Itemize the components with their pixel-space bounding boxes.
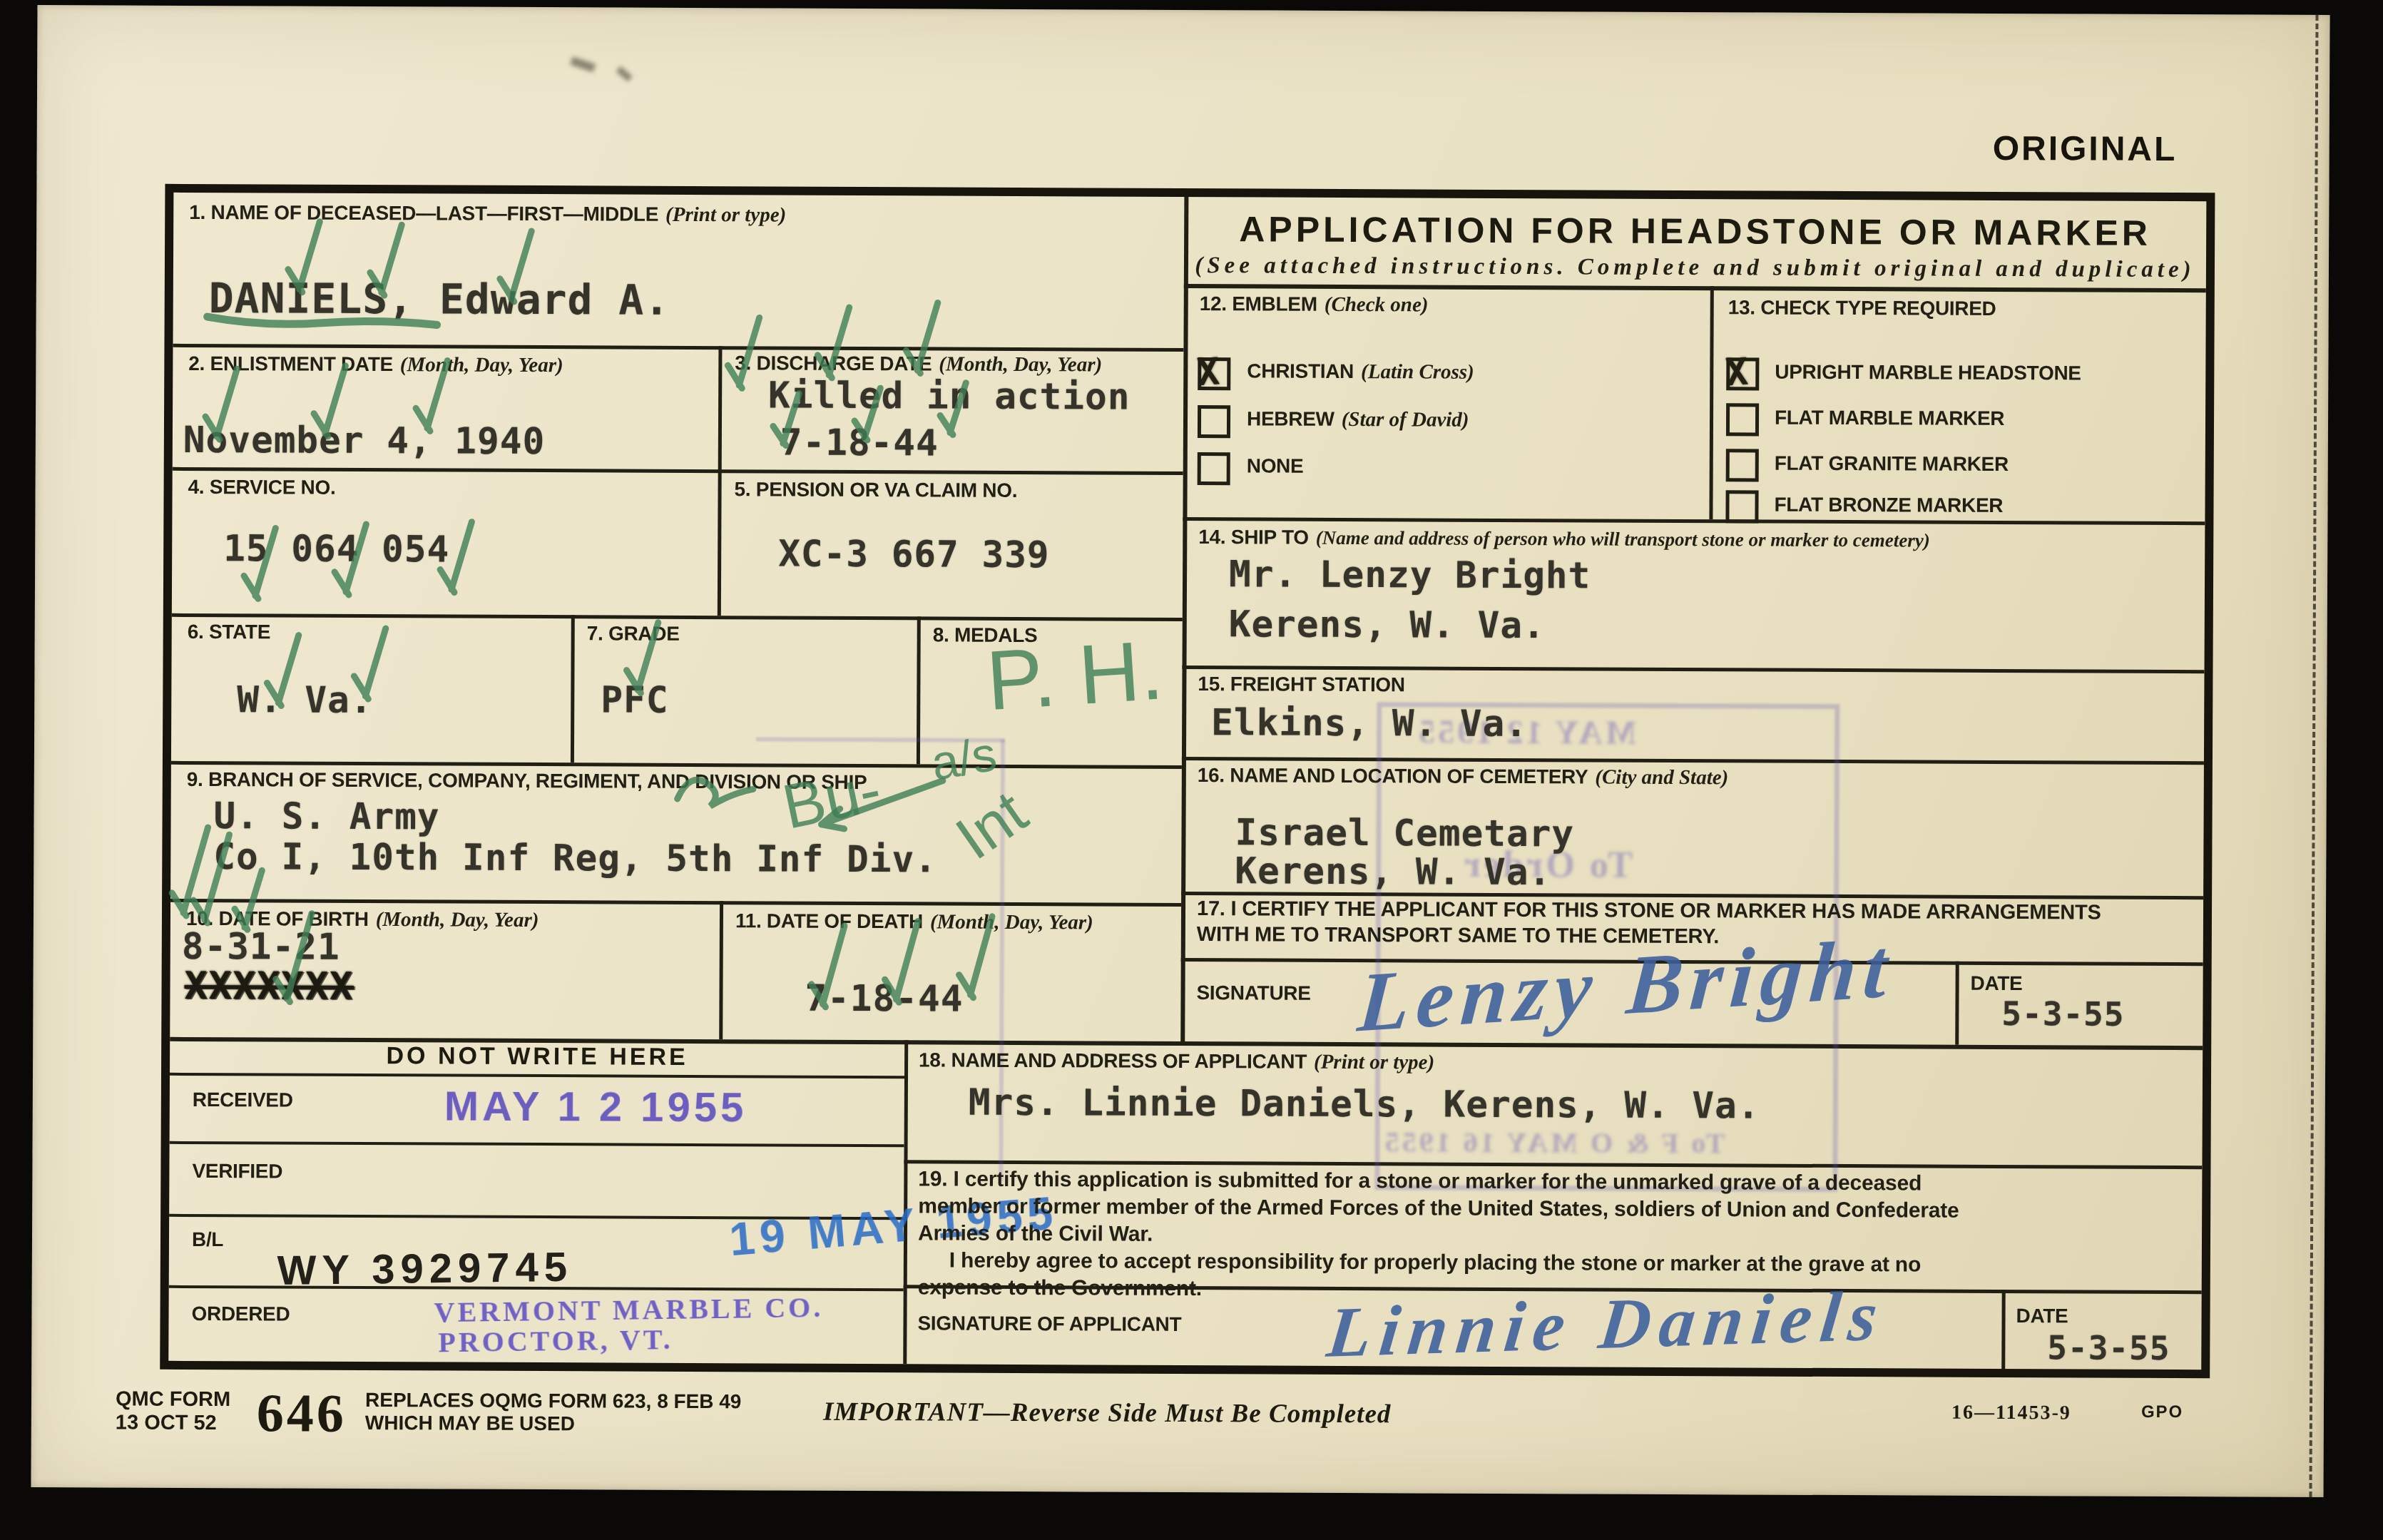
crossed-out-text: XXXXXXX bbox=[184, 964, 354, 1009]
grade-value: PFC bbox=[601, 678, 668, 723]
scanned-document-background: ORIGINAL MAY 12 1955 To Or bbox=[0, 0, 2383, 1540]
bl-number-value: WY 3929745 bbox=[277, 1243, 573, 1295]
checkbox-flat-bronze-label: FLAT BRONZE MARKER bbox=[1774, 494, 2003, 517]
field-1-label: 1. NAME OF DECEASED—LAST—FIRST—MIDDLE(Pr… bbox=[189, 201, 786, 228]
divider-line bbox=[718, 346, 723, 616]
pencil-smudge bbox=[616, 66, 633, 82]
pencil-smudge bbox=[570, 56, 596, 72]
divider-line bbox=[170, 899, 1181, 907]
divider-line bbox=[170, 1141, 904, 1147]
received-date-stamp: MAY 1 2 1955 bbox=[444, 1083, 747, 1132]
checkbox-none-label: NONE bbox=[1247, 454, 1304, 477]
field-9-label: 9. BRANCH OF SERVICE, COMPANY, REGIMENT,… bbox=[187, 768, 867, 794]
discharge-date-value2: 7-18-44 bbox=[780, 421, 939, 467]
field-2-label: 2. ENLISTMENT DATE(Month, Day, Year) bbox=[188, 352, 563, 377]
gpo-mark: GPO bbox=[2141, 1402, 2183, 1422]
applicant-signature: Linnie Daniels bbox=[1323, 1274, 1889, 1373]
field-5-label: 5. PENSION OR VA CLAIM NO. bbox=[735, 478, 1018, 502]
service-no-value: 15 064 054 bbox=[223, 526, 449, 573]
transporter-date-value: 5-3-55 bbox=[2001, 994, 2124, 1035]
form-paper: ORIGINAL MAY 12 1955 To Or bbox=[31, 5, 2330, 1497]
form-id: QMC FORM 13 OCT 52 bbox=[116, 1387, 230, 1435]
checkbox-christian-mark: X bbox=[1195, 350, 1220, 394]
divider-line bbox=[1183, 517, 2205, 525]
field-12-label: 12. EMBLEM(Check one) bbox=[1200, 292, 1429, 317]
checkbox-flat-marble-label: FLAT MARBLE MARKER bbox=[1775, 407, 2004, 430]
divider-line bbox=[1955, 962, 1959, 1045]
claim-no-value: XC-3 667 339 bbox=[778, 532, 1050, 578]
bleedthrough-text: To F & O MAY 16 1955 bbox=[1382, 1125, 1725, 1160]
checkbox-none bbox=[1198, 452, 1230, 485]
field-4-label: 4. SERVICE NO. bbox=[188, 476, 336, 499]
vendor-stamp-line2: PROCTOR, VT. bbox=[438, 1322, 673, 1359]
signature-label: SIGNATURE bbox=[1196, 981, 1310, 1005]
divider-line bbox=[1180, 197, 1188, 1041]
checkbox-flat-bronze bbox=[1725, 490, 1758, 523]
divider-line bbox=[172, 613, 1183, 621]
field-11-label: 11. DATE OF DEATH(Month, Day, Year) bbox=[735, 909, 1093, 934]
checkbox-christian-label: CHRISTIAN(Latin Cross) bbox=[1247, 359, 1474, 384]
office-box-title: DO NOT WRITE HERE bbox=[170, 1041, 904, 1072]
divider-line bbox=[173, 344, 1183, 352]
copy-type-label: ORIGINAL bbox=[1993, 129, 2178, 169]
discharge-date-value: Killed in action bbox=[768, 373, 1131, 420]
field-15-label: 15. FREIGHT STATION bbox=[1198, 673, 1405, 696]
form-number: 646 bbox=[257, 1382, 347, 1445]
important-note: IMPORTANT—Reverse Side Must Be Completed bbox=[823, 1397, 1392, 1429]
replaces-note: REPLACES OQMG FORM 623, 8 FEB 49 WHICH M… bbox=[365, 1389, 742, 1436]
checkbox-flat-granite bbox=[1726, 449, 1759, 481]
checkbox-hebrew bbox=[1198, 405, 1230, 438]
form-title: APPLICATION FOR HEADSTONE OR MARKER bbox=[1184, 208, 2206, 254]
divider-line bbox=[719, 901, 723, 1039]
checkbox-hebrew-label: HEBREW(Star of David) bbox=[1247, 407, 1469, 432]
divider-line bbox=[171, 761, 1182, 769]
checkbox-flat-marble bbox=[1726, 403, 1759, 436]
ship-to-value1: Mr. Lenzy Bright bbox=[1229, 552, 1591, 599]
field-14-label: 14. SHIP TO(Name and address of person w… bbox=[1198, 526, 1930, 551]
field-6-label: 6. STATE bbox=[188, 621, 270, 644]
field-7-label: 7. GRADE bbox=[587, 622, 680, 646]
divider-line bbox=[1709, 286, 1713, 519]
divider-line bbox=[571, 615, 575, 763]
verified-label: VERIFIED bbox=[192, 1160, 282, 1183]
application-form: MAY 12 1955 To Order To F & O MAY 16 195… bbox=[160, 184, 2215, 1379]
enlistment-date-value: November 4, 1940 bbox=[183, 418, 546, 465]
divider-line bbox=[1183, 666, 2205, 673]
divider-line bbox=[170, 1073, 904, 1078]
branch-value2: Co I, 10th Inf Reg, 5th Inf Div. bbox=[213, 835, 937, 883]
birth-date-value: 8-31-21 bbox=[182, 924, 340, 971]
field-17-text-line1: 17. I CERTIFY THE APPLICANT FOR THIS STO… bbox=[1197, 897, 2101, 925]
received-label: RECEIVED bbox=[193, 1088, 293, 1112]
perforation-dashed-line bbox=[2309, 15, 2318, 1497]
divider-line bbox=[1184, 284, 2206, 292]
medals-annotation: P. H. bbox=[984, 621, 1165, 730]
branch-value1: U. S. Army bbox=[213, 794, 439, 840]
field-18-label: 18. NAME AND ADDRESS OF APPLICANT(Print … bbox=[919, 1049, 1434, 1074]
checkbox-upright-marble-mark: X bbox=[1724, 350, 1749, 394]
freight-station-value: Elkins, W. Va. bbox=[1211, 700, 1528, 748]
bl-label: B/L bbox=[192, 1228, 223, 1251]
checkbox-upright-marble-label: UPRIGHT MARBLE HEADSTONE bbox=[1775, 361, 2081, 385]
checkbox-flat-granite-label: FLAT GRANITE MARKER bbox=[1775, 452, 2009, 476]
form-subtitle: (See attached instructions. Complete and… bbox=[1184, 253, 2206, 283]
divider-line bbox=[173, 467, 1183, 475]
deceased-name-value: DANIELS, Edward A. bbox=[209, 272, 670, 326]
applicant-name-value: Mrs. Linnie Daniels, Kerens, W. Va. bbox=[969, 1081, 1760, 1130]
field-13-label: 13. CHECK TYPE REQUIRED bbox=[1728, 296, 1996, 320]
state-value: W. Va. bbox=[237, 678, 373, 724]
applicant-date-label: DATE bbox=[2016, 1305, 2068, 1327]
green-note-als: a/s bbox=[927, 726, 1001, 792]
print-code: 16—11453-9 bbox=[1951, 1402, 2071, 1425]
ship-to-value2: Kerens, W. Va. bbox=[1229, 602, 1546, 649]
applicant-signature-label: SIGNATURE OF APPLICANT bbox=[917, 1312, 1181, 1336]
field-16-label: 16. NAME AND LOCATION OF CEMETERY(City a… bbox=[1198, 764, 1729, 790]
death-date-value: 7-18-44 bbox=[805, 976, 963, 1023]
ordered-label: ORDERED bbox=[191, 1302, 290, 1326]
applicant-date-value: 5-3-55 bbox=[2047, 1327, 2170, 1369]
date-label: DATE bbox=[1971, 972, 2023, 995]
cemetery-value2: Kerens, W. Va. bbox=[1235, 849, 1551, 896]
